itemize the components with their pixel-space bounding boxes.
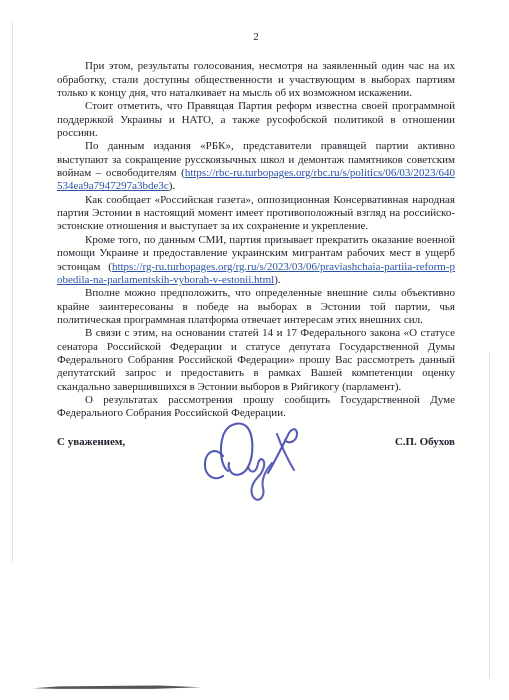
paragraph: О результатах рассмотрения прошу сообщит… — [57, 394, 455, 421]
document-paragraphs: При этом, результаты голосования, несмот… — [57, 60, 455, 420]
closing-row: С уважением, С.П. Обухов — [57, 436, 455, 449]
scanned-letter-page: 2 При этом, результаты голосования, несм… — [0, 0, 509, 700]
paragraph: Как сообщает «Российская газета», оппози… — [57, 194, 455, 234]
document-body: 2 При этом, результаты голосования, несм… — [57, 31, 455, 449]
paragraph: Кроме того, по данным СМИ, партия призыв… — [57, 234, 455, 287]
page-number: 2 — [57, 31, 455, 44]
paragraph: В связи с этим, на основании статей 14 и… — [57, 327, 455, 394]
paragraph: При этом, результаты голосования, несмот… — [57, 60, 455, 100]
page-edge-line-left — [12, 22, 13, 562]
page-edge-line-right — [489, 352, 490, 678]
signatory-name: С.П. Обухов — [395, 436, 455, 449]
hyperlink[interactable]: https://rbc-ru.turbopages.org/rbc.ru/s/p… — [57, 167, 455, 192]
paragraph: По данным издания «РБК», представители п… — [57, 140, 455, 193]
hyperlink[interactable]: https://rg-ru.turbopages.org/rg.ru/s/202… — [57, 261, 455, 286]
salutation-text: С уважением, — [57, 436, 125, 449]
paragraph: Вполне можно предположить, что определен… — [57, 287, 455, 327]
scan-artifact-line-bottom — [31, 684, 205, 691]
paragraph: Стоит отметить, что Правящая Партия рефо… — [57, 100, 455, 140]
